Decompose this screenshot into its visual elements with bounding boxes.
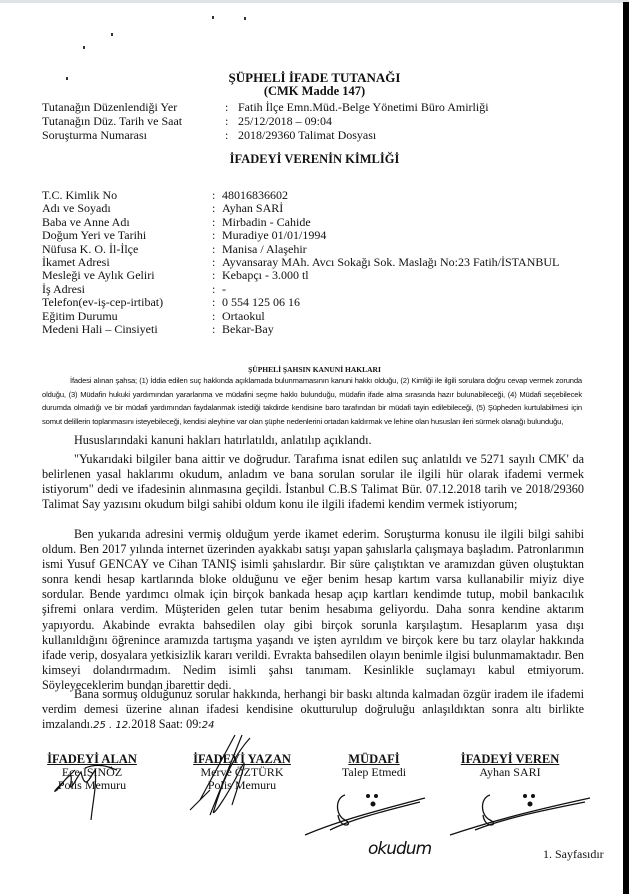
handwritten-date: 25 . 12. bbox=[93, 720, 131, 731]
signature-name: Talep Etmedi bbox=[339, 766, 409, 779]
field-value: Kebapçı - 3.000 tl bbox=[222, 268, 309, 282]
identity-section-title: İFADEYİ VERENİN KİMLİĞİ bbox=[0, 152, 629, 167]
document-subtitle: (CMK Madde 147) bbox=[0, 84, 629, 99]
field-colon: : bbox=[212, 268, 215, 282]
field-value: Ayhan SARİ bbox=[222, 201, 283, 215]
field-value: 48016836602 bbox=[222, 188, 288, 202]
field-value: Manisa / Alaşehir bbox=[222, 242, 307, 256]
signature-name: Ayhan SARI bbox=[460, 766, 560, 779]
field-label: Doğum Yeri ve Tarihi bbox=[42, 228, 146, 242]
rights-text: İfadesi alınan şahsa; (1) İddia edilen s… bbox=[42, 374, 582, 428]
signature-scribble-lawyer bbox=[300, 790, 430, 840]
signature-scribble-giver bbox=[445, 790, 595, 840]
field-colon: : bbox=[212, 295, 215, 309]
field-label: Mesleği ve Aylık Geliri bbox=[42, 268, 155, 282]
field-colon: : bbox=[212, 282, 215, 296]
field-colon: : bbox=[212, 242, 215, 256]
scan-speck bbox=[212, 16, 214, 19]
field-value: Mirbadin - Cahide bbox=[222, 215, 311, 229]
page-number: 1. Sayfasıdır bbox=[543, 847, 604, 862]
field-colon: : bbox=[212, 215, 215, 229]
paragraph-text: Hususlarındaki kanuni hakları hatırlatıl… bbox=[74, 433, 372, 447]
signature-block-giver: İFADEYİ VEREN Ayhan SARI bbox=[460, 753, 560, 779]
paragraph-statement-intro: "Yukarıdaki bilgiler bana aittir ve doğr… bbox=[42, 452, 584, 512]
field-colon: : bbox=[212, 228, 215, 242]
field-label: Adı ve Soyadı bbox=[42, 201, 111, 215]
field-value: Fatih İlçe Emn.Müd.-Belge Yönetimi Büro … bbox=[238, 100, 489, 114]
field-value: Bekar-Bay bbox=[222, 322, 274, 336]
field-colon: : bbox=[212, 188, 215, 202]
field-value: Ortaokul bbox=[222, 309, 265, 323]
scan-speck bbox=[111, 33, 113, 36]
field-value: 2018/29360 Talimat Dosyası bbox=[238, 128, 376, 142]
field-colon: : bbox=[212, 201, 215, 215]
field-label: Baba ve Anne Adı bbox=[42, 215, 130, 229]
field-value: 25/12/2018 – 09:04 bbox=[238, 114, 332, 128]
field-label: Tutanağın Düz. Tarih ve Saat bbox=[42, 114, 182, 128]
rights-body: İfadesi alınan şahsa; (1) İddia edilen s… bbox=[42, 376, 582, 426]
field-colon: : bbox=[212, 309, 215, 323]
scan-speck bbox=[244, 17, 246, 20]
paragraph-closing: Bana sormuş olduğunuz sorular hakkında, … bbox=[42, 687, 584, 733]
field-colon: : bbox=[212, 322, 215, 336]
field-label: İş Adresi bbox=[42, 282, 85, 296]
paragraph-rights-reminded: Hususlarındaki kanuni hakları hatırlatıl… bbox=[42, 433, 584, 448]
field-label: Eğitim Durumu bbox=[42, 309, 118, 323]
field-label: Telefon(ev-iş-cep-irtibat) bbox=[42, 295, 163, 309]
field-colon: : bbox=[225, 114, 228, 128]
field-label: Medeni Hali – Cinsiyeti bbox=[42, 322, 158, 336]
field-colon: : bbox=[212, 255, 215, 269]
field-value: 0 554 125 06 16 bbox=[222, 295, 300, 309]
signature-scribble-taker bbox=[45, 760, 125, 830]
field-colon: : bbox=[225, 128, 228, 142]
field-label: Soruşturma Numarası bbox=[42, 128, 147, 142]
field-label: Tutanağın Düzenlendiği Yer bbox=[42, 100, 177, 114]
rights-title: ŞÜPHELİ ŞAHSIN KANUNİ HAKLARI bbox=[0, 365, 629, 374]
field-label: Nüfusa K. O. İl-İlçe bbox=[42, 242, 138, 256]
top-border bbox=[0, 0, 629, 3]
paragraph-statement-body: Ben yukarıda adresini vermiş olduğum yer… bbox=[42, 527, 584, 693]
scan-speck bbox=[83, 46, 85, 49]
signature-scribble-writer bbox=[180, 730, 270, 830]
field-value: Muradiye 01/01/1994 bbox=[222, 228, 326, 242]
field-colon: : bbox=[225, 100, 228, 114]
paragraph-text: "Yukarıdaki bilgiler bana aittir ve doğr… bbox=[42, 452, 584, 511]
handwritten-note: okudum bbox=[368, 839, 431, 859]
paragraph-text: Ben yukarıda adresini vermiş olduğum yer… bbox=[42, 527, 584, 692]
field-value: Ayvansaray MAh. Avcı Sokağı Sok. Maslağı… bbox=[222, 255, 559, 269]
signature-block-lawyer: MÜDAFİ Talep Etmedi bbox=[339, 753, 409, 779]
scan-edge-bar bbox=[623, 2, 629, 894]
field-label: T.C. Kimlik No bbox=[42, 188, 117, 202]
field-label: İkamet Adresi bbox=[42, 255, 110, 269]
field-value: - bbox=[222, 282, 226, 296]
